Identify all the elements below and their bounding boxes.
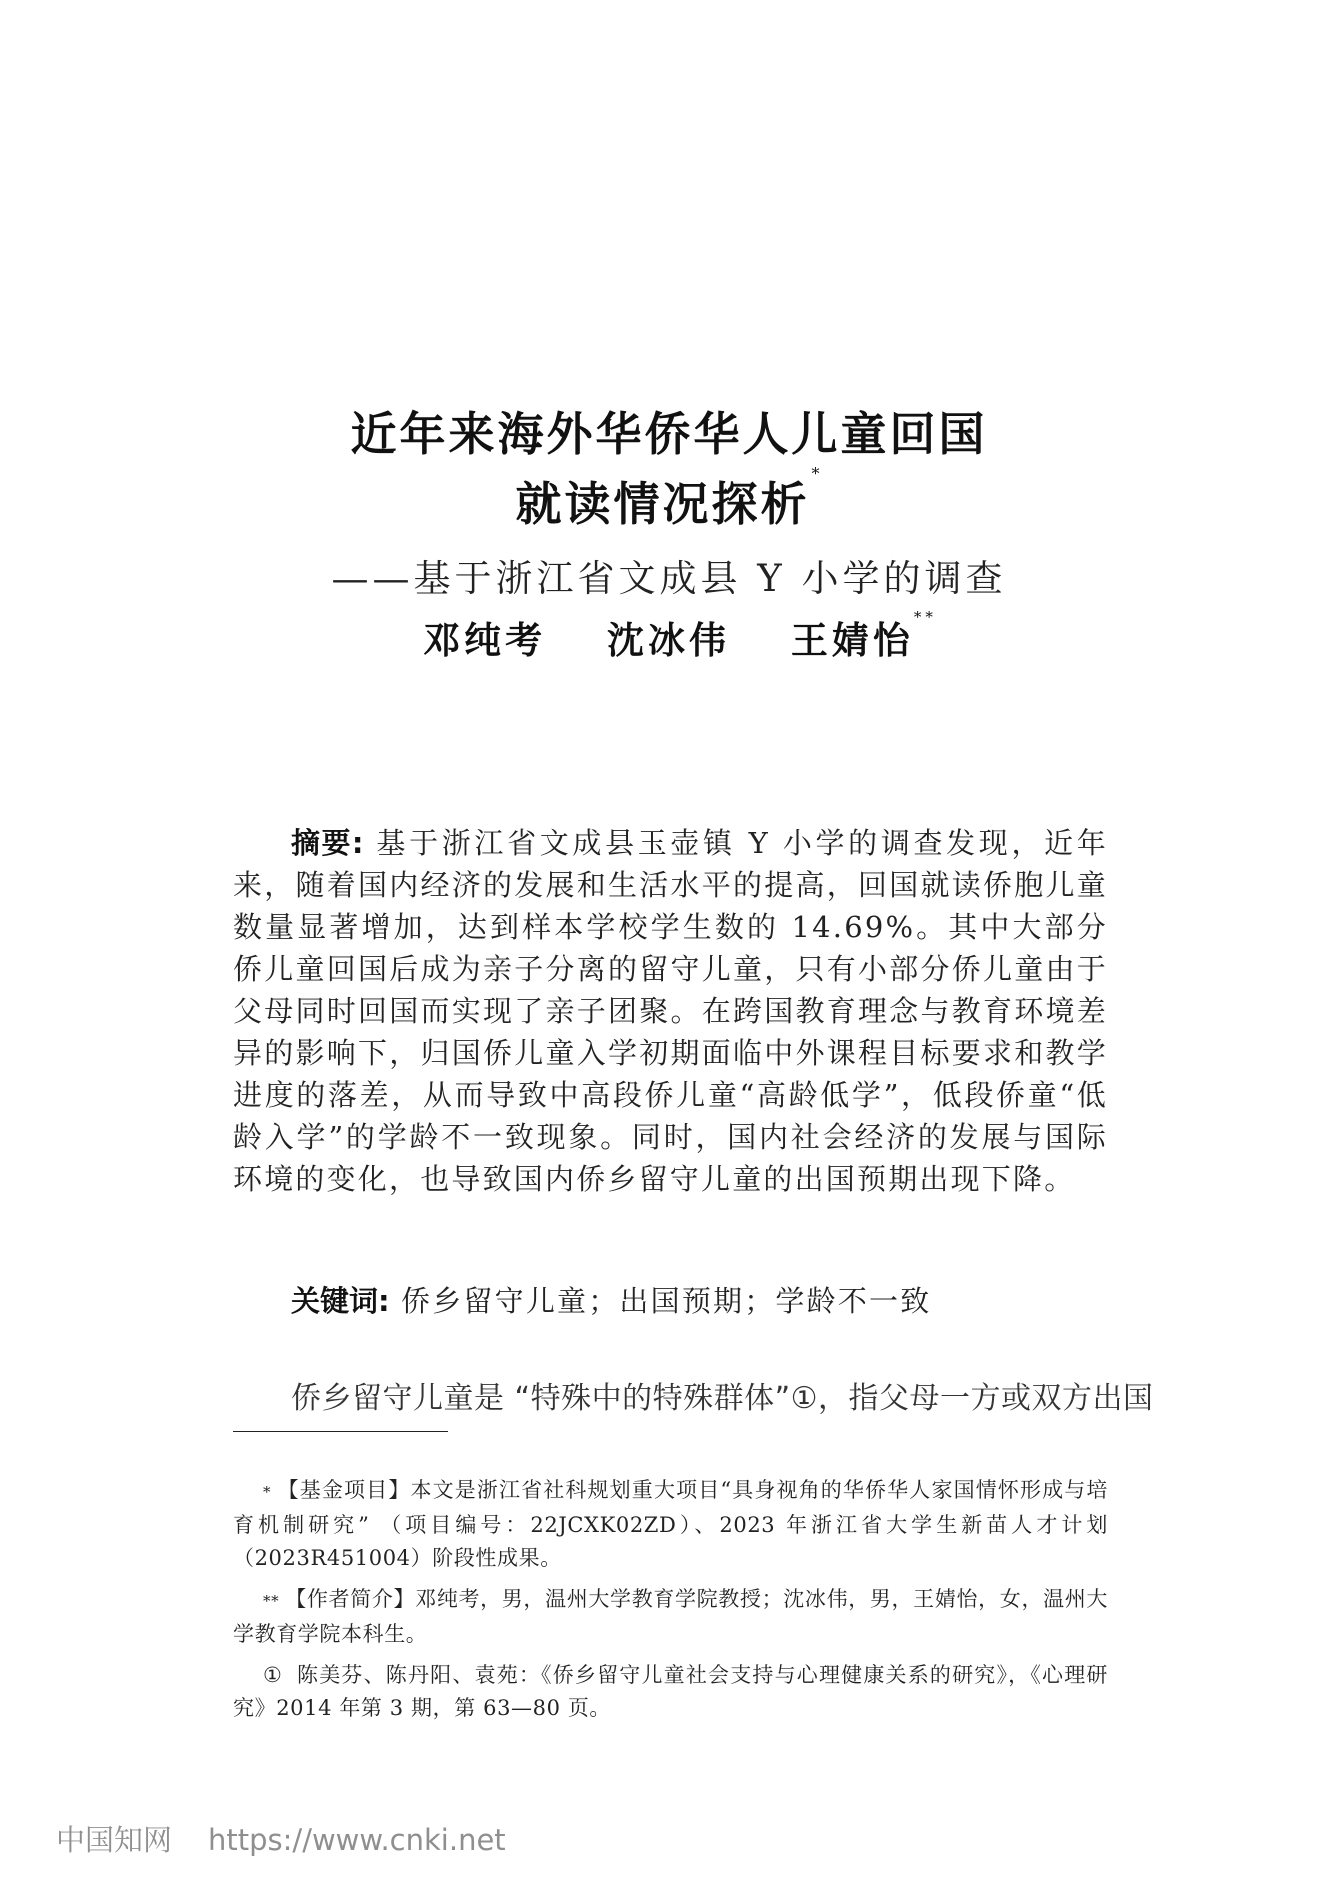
footnote-text: 陈美芬、陈丹阳、袁苑：《侨乡留守儿童社会支持与心理健康关系的研究》，《心理研究》… bbox=[233, 1663, 1108, 1720]
abstract-label: 摘要: bbox=[291, 826, 364, 860]
footnote-reference-1: ①陈美芬、陈丹阳、袁苑：《侨乡留守儿童社会支持与心理健康关系的研究》，《心理研究… bbox=[233, 1659, 1108, 1725]
author-name: 王婧怡 bbox=[791, 618, 914, 662]
body-first-line: 侨乡留守儿童是 “特殊中的特殊群体”①，指父母一方或双方出国 bbox=[233, 1378, 1108, 1420]
abstract: 摘要: 基于浙江省文成县玉壶镇 Y 小学的调查发现，近年来，随着国内经济的发展和… bbox=[233, 822, 1108, 1200]
authors-footnote-mark[interactable]: ** bbox=[914, 608, 937, 626]
footnote-mark: ** bbox=[263, 1592, 279, 1610]
cnki-watermark: 中国知网https://www.cnki.net bbox=[56, 1818, 506, 1859]
footnote-text: 【基金项目】本文是浙江省社科规划重大项目“具身视角的华侨华人家国情怀形成与培育机… bbox=[233, 1478, 1108, 1570]
footnote-text: 【作者简介】邓纯考，男，温州大学教育学院教授；沈冰伟，男，王婧怡，女，温州大学教… bbox=[233, 1587, 1108, 1646]
title-text-1: 近年来海外华侨华人儿童回国 bbox=[351, 407, 988, 461]
article-subtitle: ——基于浙江省文成县 Y 小学的调查 bbox=[0, 548, 1338, 602]
article-title-line-1: 近年来海外华侨华人儿童回国 bbox=[0, 398, 1338, 464]
author-name: 沈冰伟 bbox=[607, 618, 730, 662]
footnote-divider bbox=[233, 1431, 448, 1432]
title-text-2: 就读情况探析 bbox=[516, 477, 810, 531]
keywords-text: 侨乡留守儿童；出国预期；学龄不一致 bbox=[401, 1284, 931, 1318]
keywords: 关键词: 侨乡留守儿童；出国预期；学龄不一致 bbox=[291, 1280, 1108, 1322]
footnote-authors: **【作者简介】邓纯考，男，温州大学教育学院教授；沈冰伟，男，王婧怡，女，温州大… bbox=[233, 1583, 1108, 1651]
watermark-site-name: 中国知网 bbox=[56, 1823, 172, 1857]
keywords-label: 关键词: bbox=[291, 1284, 390, 1318]
body-paragraph: 侨乡留守儿童是 “特殊中的特殊群体”①，指父母一方或双方出国 bbox=[233, 1378, 1108, 1420]
author-name: 邓纯考 bbox=[423, 618, 546, 662]
footnote-funding: *【基金项目】本文是浙江省社科规划重大项目“具身视角的华侨华人家国情怀形成与培育… bbox=[233, 1474, 1108, 1575]
abstract-text: 基于浙江省文成县玉壶镇 Y 小学的调查发现，近年来，随着国内经济的发展和生活水平… bbox=[233, 826, 1108, 1196]
footnote-mark: ① bbox=[263, 1663, 283, 1687]
footnotes: *【基金项目】本文是浙江省社科规划重大项目“具身视角的华侨华人家国情怀形成与培育… bbox=[233, 1474, 1108, 1733]
title-footnote-mark[interactable]: * bbox=[812, 464, 823, 483]
article-title-line-2: 就读情况探析* bbox=[0, 468, 1338, 534]
watermark-url[interactable]: https://www.cnki.net bbox=[208, 1823, 506, 1857]
author-list: 邓纯考 沈冰伟 王婧怡** bbox=[0, 610, 1338, 664]
footnote-mark: * bbox=[263, 1483, 271, 1501]
